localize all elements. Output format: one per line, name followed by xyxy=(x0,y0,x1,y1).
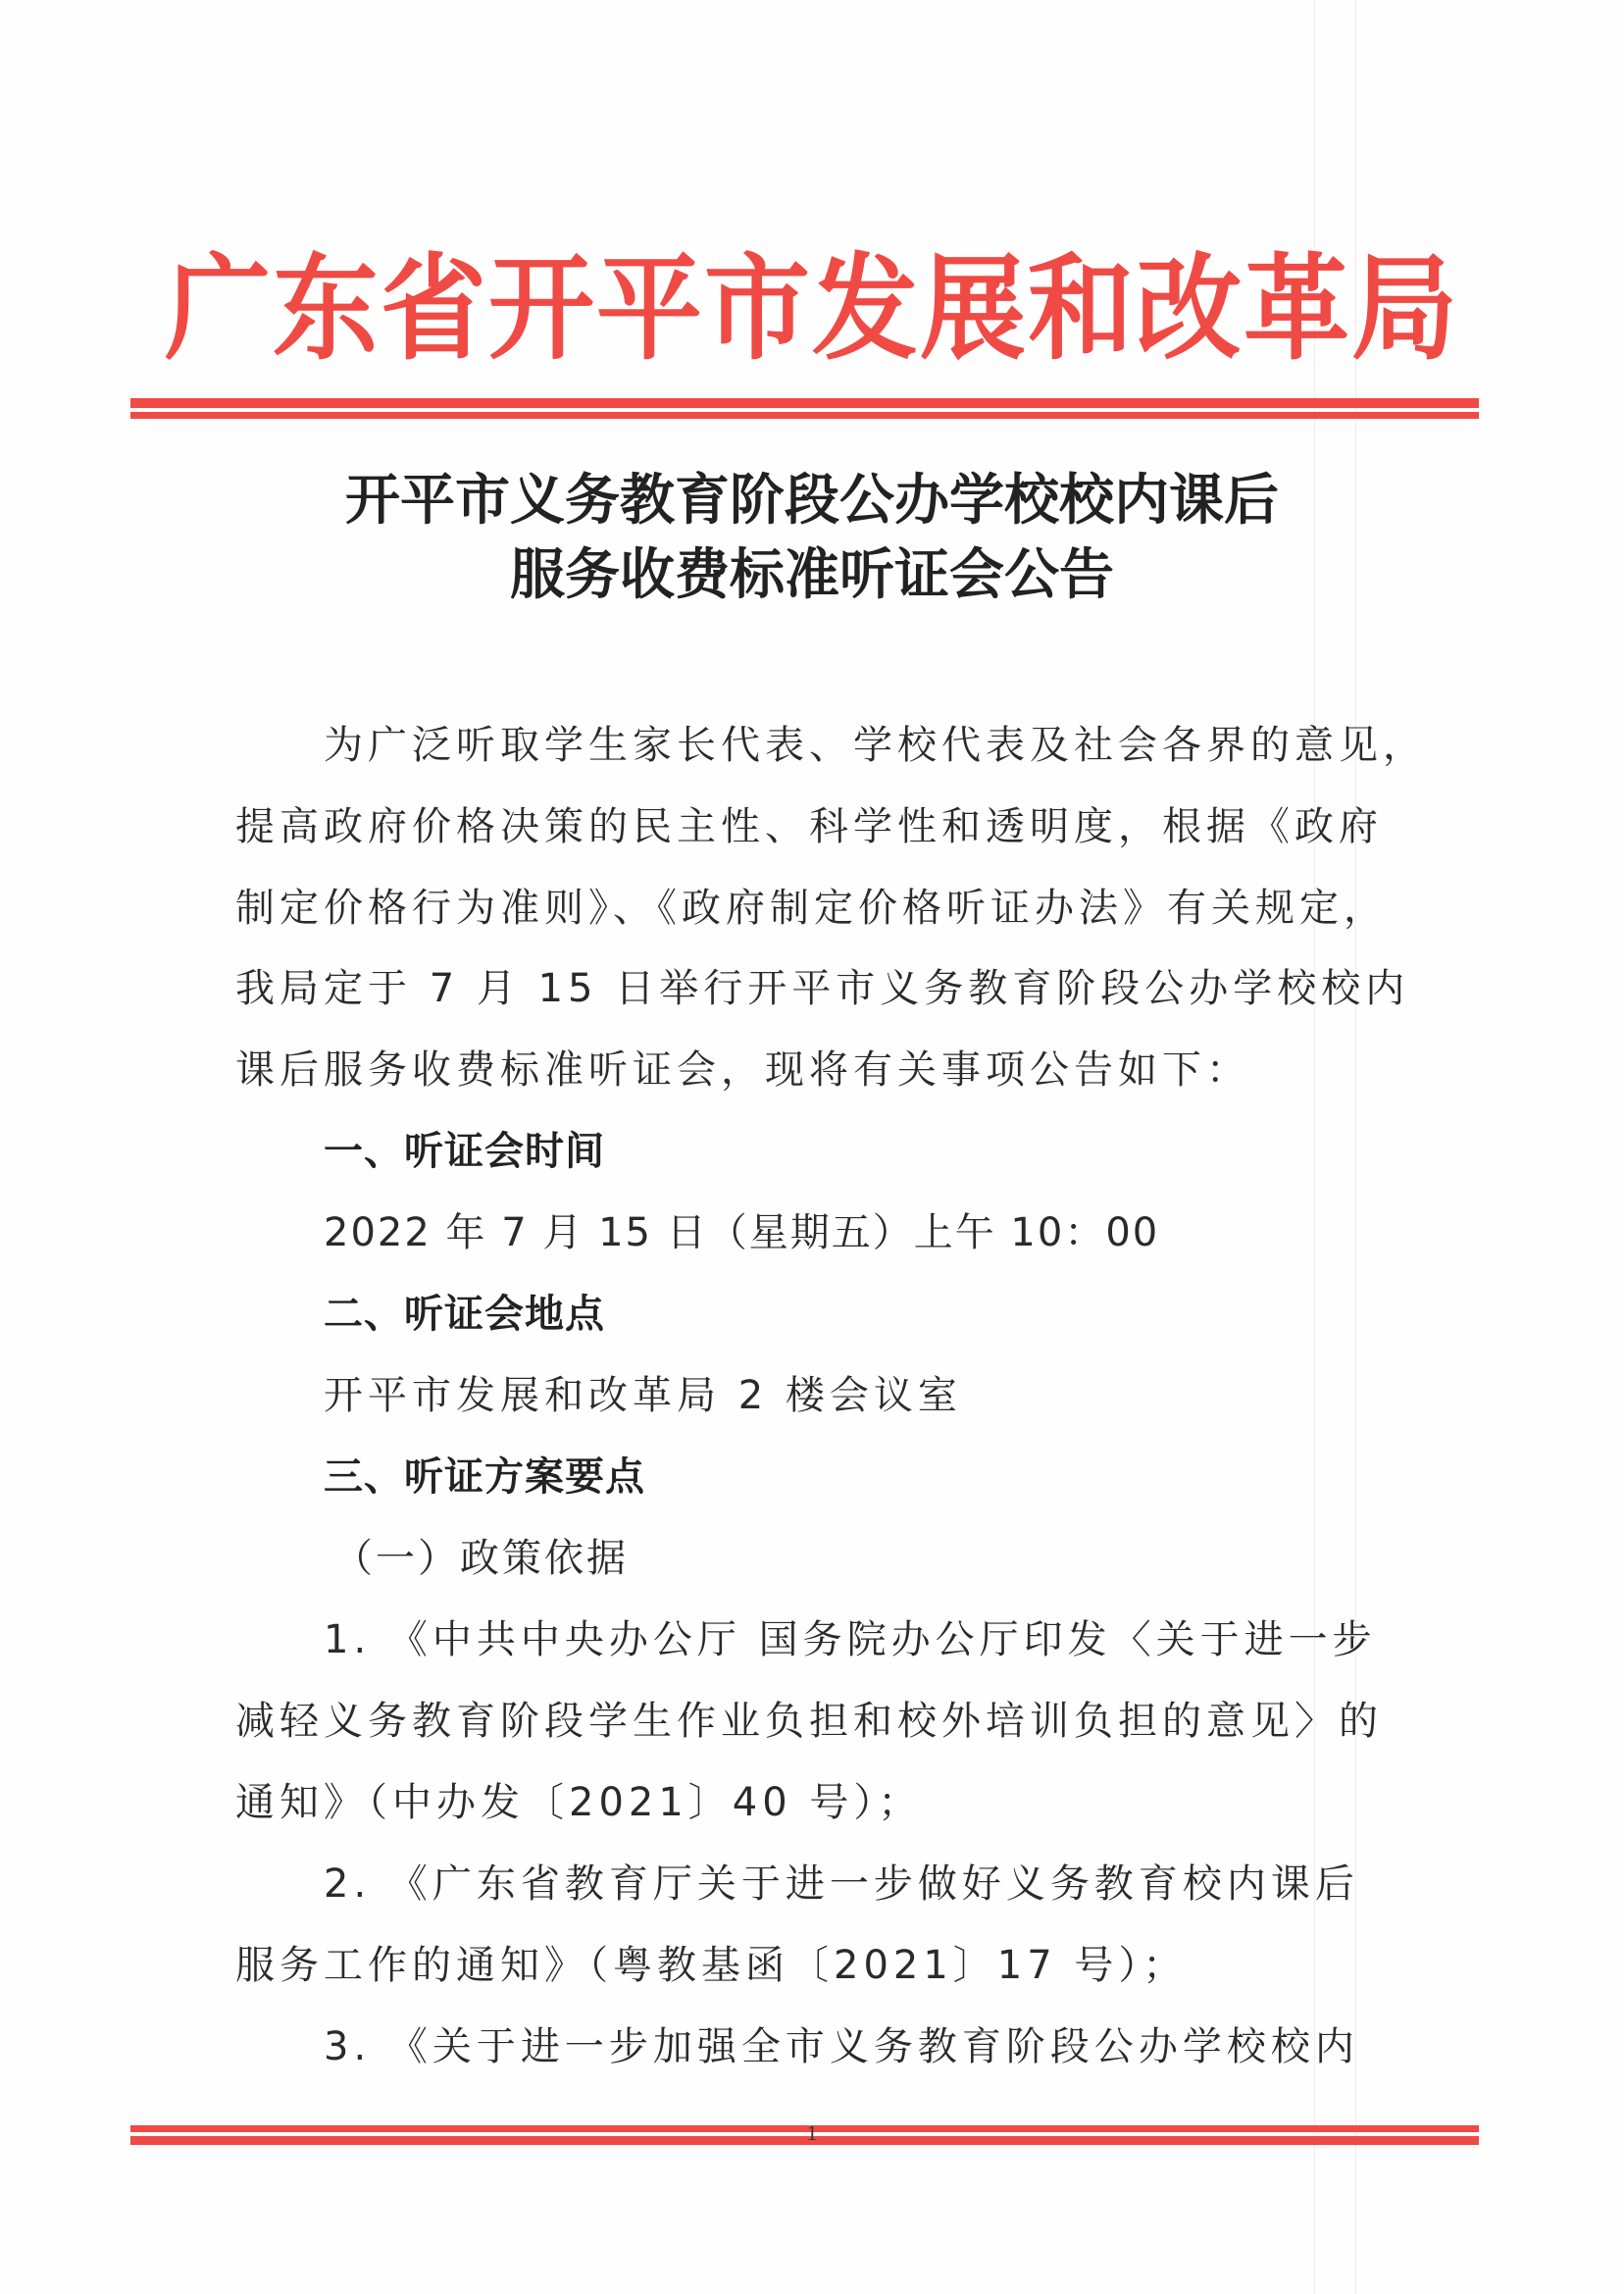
hearing-time: 2022 年 7 月 15 日（星期五）上午 10：00 xyxy=(324,1205,1481,1260)
letterhead-org-name: 广东省开平市发展和改革局 xyxy=(0,229,1624,388)
intro-line: 为广泛听取学生家长代表、学校代表及社会各界的意见， xyxy=(324,718,1481,773)
document-page: 广东省开平市发展和改革局 开平市义务教育阶段公办学校校内课后 服务收费标准听证会… xyxy=(0,0,1624,2294)
section-heading: 一、听证会时间 xyxy=(324,1124,1481,1179)
intro-line: 提高政府价格决策的民主性、科学性和透明度，根据《政府 xyxy=(235,799,1393,854)
document-title-line-1: 开平市义务教育阶段公办学校校内课后 xyxy=(0,465,1624,535)
section-heading: 三、听证方案要点 xyxy=(324,1450,1481,1504)
policy-item-line: 2. 《广东省教育厅关于进一步做好义务教育校内课后 xyxy=(324,1857,1481,1912)
policy-item-line: 3. 《关于进一步加强全市义务教育阶段公办学校校内 xyxy=(324,2019,1481,2074)
policy-item-line: 1. 《中共中央办公厅 国务院办公厅印发〈关于进一步 xyxy=(324,1612,1481,1667)
policy-item-line: 通知》（中办发〔2021〕40 号）； xyxy=(235,1775,1393,1830)
policy-item-line: 减轻义务教育阶段学生作业负担和校外培训负担的意见〉的 xyxy=(235,1694,1393,1749)
intro-line: 我局定于 7 月 15 日举行开平市义务教育阶段公办学校校内 xyxy=(235,961,1393,1016)
intro-line: 制定价格行为准则》、《政府制定价格听证办法》有关规定， xyxy=(235,881,1393,936)
page-number: 1 xyxy=(0,2118,1624,2148)
policy-item-line: 服务工作的通知》（粤教基函〔2021〕17 号）； xyxy=(235,1938,1393,1993)
intro-line: 课后服务收费标准听证会，现将有关事项公告如下： xyxy=(235,1043,1393,1097)
document-title-line-2: 服务收费标准听证会公告 xyxy=(0,539,1624,610)
section-heading: 二、听证会地点 xyxy=(324,1287,1481,1342)
letterhead-rule-thin xyxy=(130,412,1479,419)
subsection-heading: （一）政策依据 xyxy=(333,1531,1491,1586)
letterhead-rule-thick xyxy=(130,398,1479,408)
hearing-location: 开平市发展和改革局 2 楼会议室 xyxy=(324,1368,1481,1423)
